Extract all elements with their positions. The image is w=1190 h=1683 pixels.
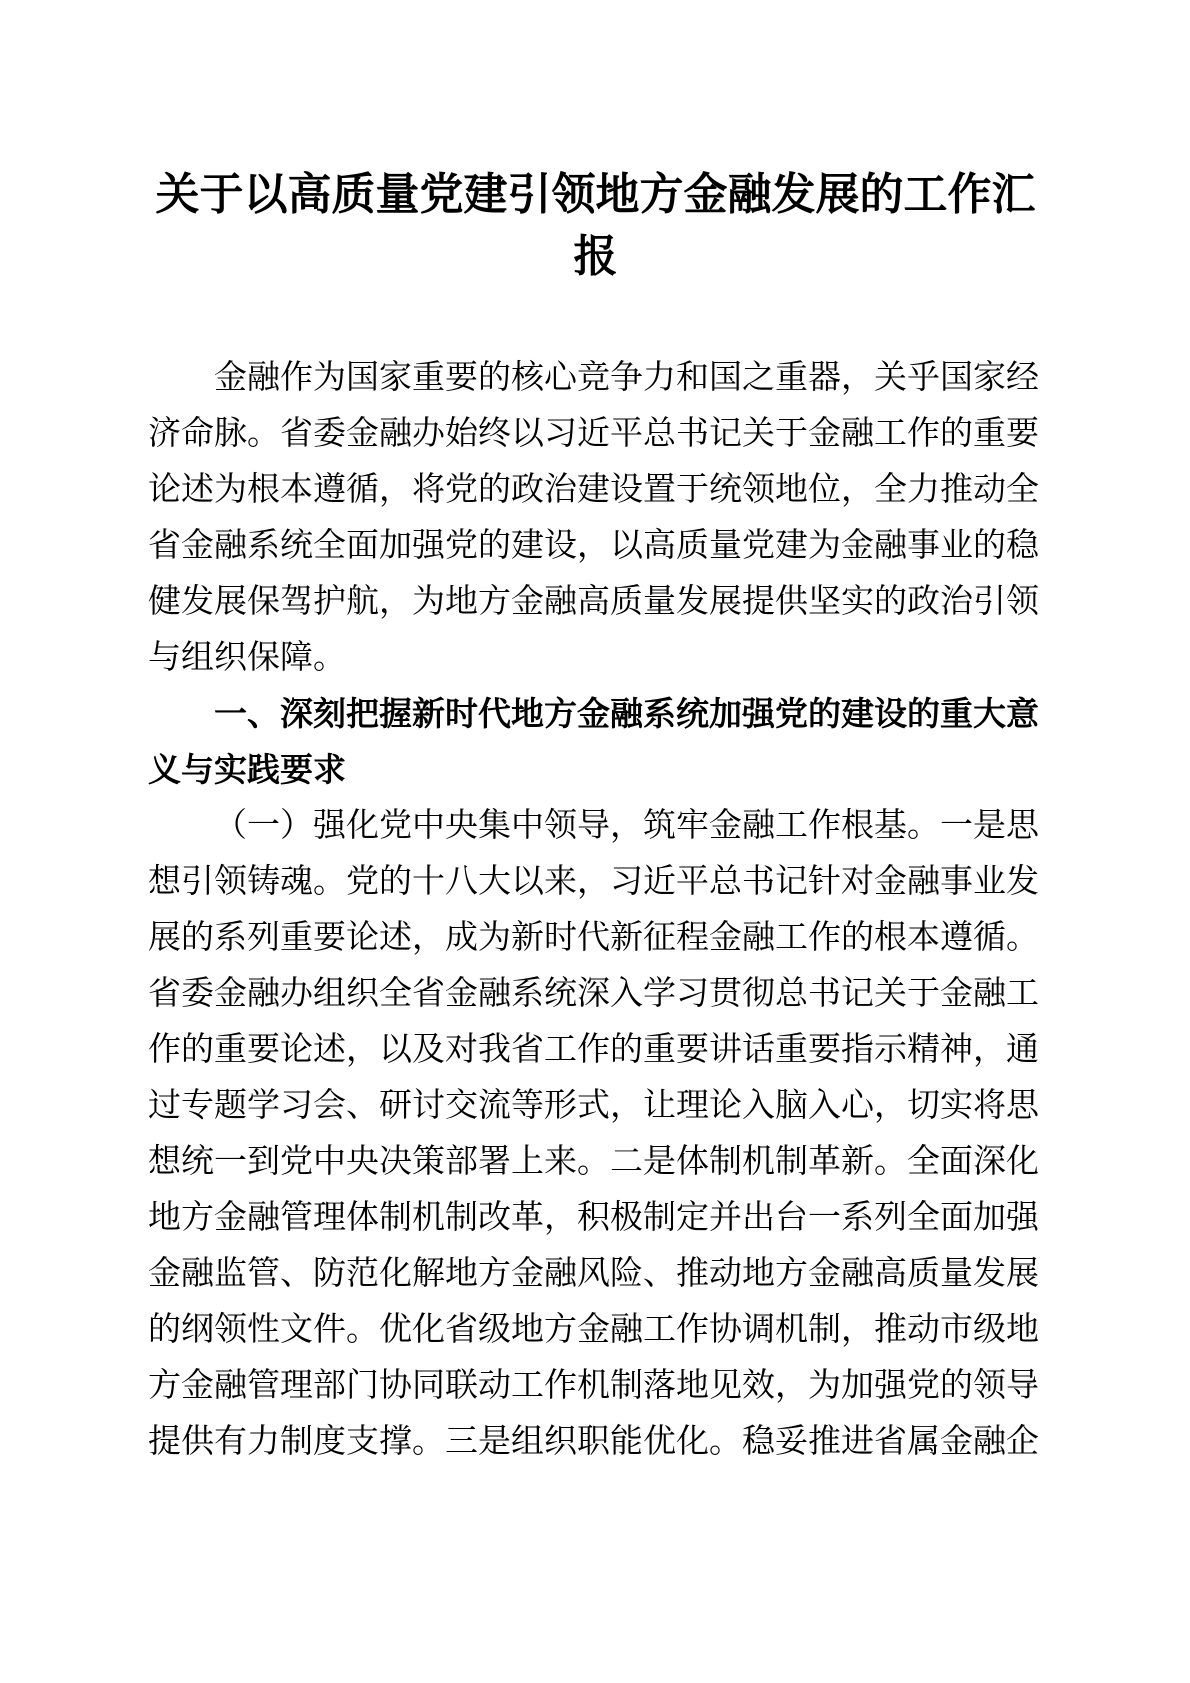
document-title: 关于以高质量党建引领地方金融发展的工作汇报 xyxy=(148,164,1043,288)
point-1-text: 党的十八大以来，习近平总书记针对金融事业发展的系列重要论述，成为新时代新征程金融… xyxy=(148,864,1039,1180)
section-1-heading: 一、深刻把握新时代地方金融系统加强党的建设的重大意义与实践要求 xyxy=(148,686,1043,798)
subsection-1-lead: （一）强化党中央集中领导，筑牢金融工作根基。 xyxy=(214,808,940,844)
point-3-text: 稳妥推进省属金融企 xyxy=(742,1424,1039,1460)
document-page: 关于以高质量党建引领地方金融发展的工作汇报 金融作为国家重要的核心竞争力和国之重… xyxy=(0,0,1190,1683)
point-3-lead: 三是组织职能优化。 xyxy=(445,1424,742,1460)
intro-paragraph: 金融作为国家重要的核心竞争力和国之重器，关乎国家经济命脉。省委金融办始终以习近平… xyxy=(148,350,1043,686)
point-2-text: 全面深化地方金融管理体制机制改革，积极制定并出台一系列全面加强金融监管、防范化解… xyxy=(148,1144,1039,1460)
point-2-lead: 二是体制机制革新。 xyxy=(610,1144,907,1180)
section-1-paragraph-1: （一）强化党中央集中领导，筑牢金融工作根基。一是思想引领铸魂。党的十八大以来，习… xyxy=(148,798,1043,1470)
